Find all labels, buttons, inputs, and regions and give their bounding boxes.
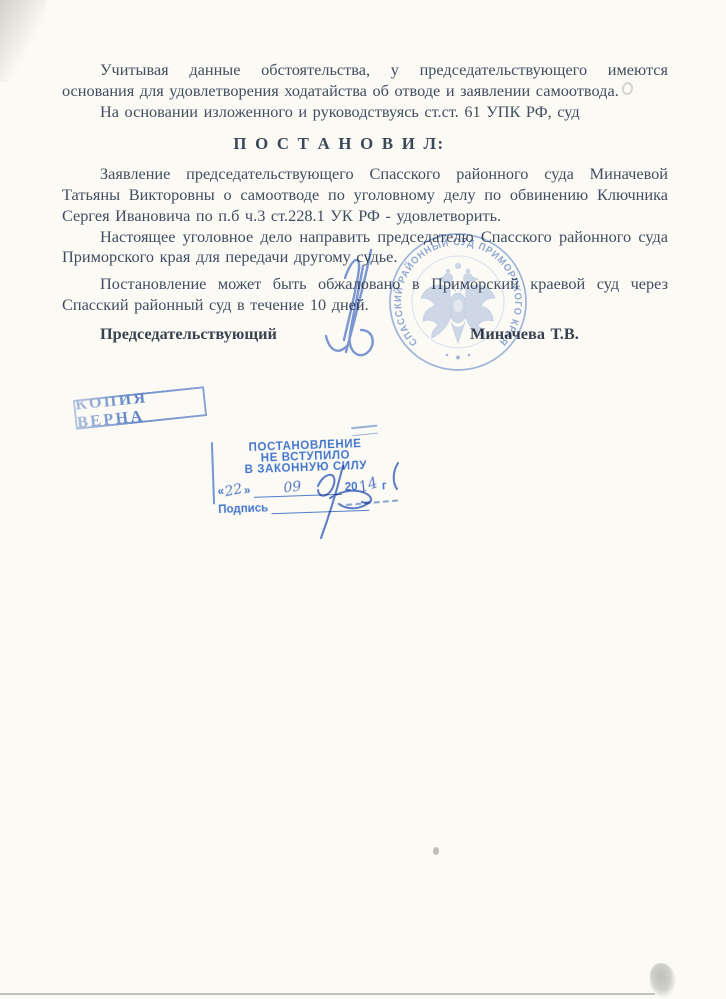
double-headed-eagle-icon bbox=[421, 263, 495, 343]
scanned-court-document: Учитывая данные обстоятельства, у предсе… bbox=[0, 0, 726, 999]
clerk-handwritten-signature bbox=[295, 458, 410, 543]
court-seal-stamp: СПАССКИЙ РАЙОННЫЙ СУД ПРИМОРСКОГО КРАЯ bbox=[378, 222, 538, 382]
copy-verified-stamp: КОПИЯ ВЕРНА bbox=[73, 386, 207, 430]
scan-speck bbox=[433, 847, 439, 855]
scan-bottom-edge-line bbox=[0, 993, 655, 995]
signature-label: Подпись bbox=[218, 502, 268, 516]
stamp-corner-dashes bbox=[351, 425, 378, 437]
handwritten-day: 22 bbox=[223, 481, 246, 501]
judge-handwritten-signature bbox=[315, 240, 390, 370]
paragraph: На основании изложенного и руководствуяс… bbox=[62, 102, 668, 123]
seal-bottom-dots bbox=[446, 354, 471, 360]
signer-role-label: Председательствующий bbox=[100, 324, 277, 345]
paragraph: Заявление председательствующего Спасског… bbox=[62, 164, 668, 226]
paragraph: Учитывая данные обстоятельства, у предсе… bbox=[62, 60, 668, 102]
resolution-heading: П О С Т А Н О В И Л: bbox=[36, 134, 642, 155]
scan-corner-shadow bbox=[0, 0, 46, 82]
copy-stamp-text: КОПИЯ ВЕРНА bbox=[74, 383, 205, 432]
